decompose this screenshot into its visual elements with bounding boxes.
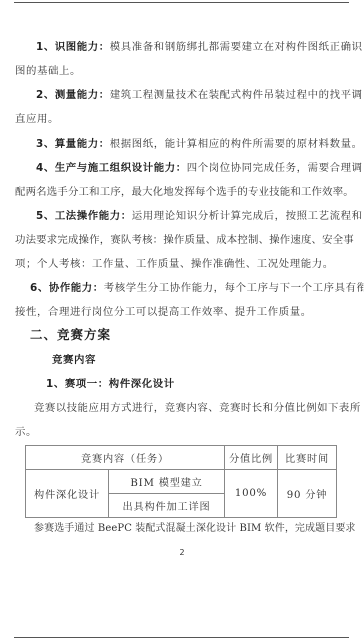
paragraph-text: 运用理论知识分析计算完成后，按照工艺流程和	[132, 210, 363, 222]
intro-text-continuation: 示。	[0, 425, 364, 439]
cell-category: 构件深化设计	[26, 470, 109, 518]
after-table-text: 参赛选手通过 BeePC 装配式混凝土深化设计 BIM 软件，完成题目要求	[0, 522, 364, 536]
page-number: 2	[0, 548, 364, 557]
intro-text: 竞赛以技能应用方式进行，竞赛内容、竞赛时长和分值比例如下表所	[0, 401, 364, 415]
section-heading: 二、竞赛方案	[0, 328, 364, 342]
paragraph-text: 项；个人考核：工作量、工作质量、操作准确性、工况处理能力。	[15, 258, 334, 270]
paragraph-measurement-ability: 2、测量能力：建筑工程测量技术在装配式构件吊装过程中的找平调	[0, 88, 364, 102]
paragraph-label: 5、工法操作能力：	[36, 210, 132, 222]
paragraph-label: 6、协作能力：	[30, 282, 104, 294]
paragraph-text: 建筑工程测量技术在装配式构件吊装过程中的找平调	[110, 89, 363, 101]
paragraph-continuation: 项；个人考核：工作量、工作质量、操作准确性、工况处理能力。	[0, 257, 364, 271]
paragraph-text: 图的基础上。	[15, 65, 81, 77]
table-header-row: 竞赛内容（任务） 分值比例 比赛时间	[26, 446, 337, 470]
paragraph-label: 2、测量能力：	[36, 89, 110, 101]
paragraph-text: 四个岗位协同完成任务，需要合理调	[187, 162, 363, 174]
paragraph-collaboration-ability: 6、协作能力：考核学生分工协作能力，每个工序与下一个工序具有衔	[0, 281, 364, 295]
paragraph-continuation: 配两名选手分工和工序，最大化地发挥每个选手的专业技能和工作效率。	[0, 185, 364, 199]
subsection-heading: 竞赛内容	[0, 353, 364, 367]
paragraph-text: 配两名选手分工和工序，最大化地发挥每个选手的专业技能和工作效率。	[15, 186, 354, 198]
paragraph-method-ability: 5、工法操作能力：运用理论知识分析计算完成后，按照工艺流程和	[0, 209, 364, 223]
cell-time: 90 分钟	[278, 470, 337, 518]
paragraph-recognition-ability: 1、识图能力：模具准备和钢筋绑扎都需要建立在对构件图纸正确识	[0, 40, 364, 54]
paragraph-continuation: 功法要求完成操作，赛队考核：操作质量、成本控制、操作速度、安全事	[0, 233, 364, 247]
paragraph-continuation: 图的基础上。	[0, 64, 364, 78]
paragraph-label: 4、生产与施工组织设计能力：	[36, 162, 187, 174]
paragraph-production-ability: 4、生产与施工组织设计能力：四个岗位协同完成任务，需要合理调	[0, 161, 364, 175]
paragraph-text: 考核学生分工协作能力，每个工序与下一个工序具有衔	[104, 282, 364, 294]
paragraph-text: 功法要求完成操作，赛队考核：操作质量、成本控制、操作速度、安全事	[15, 234, 354, 246]
paragraph-continuation: 直应用。	[0, 112, 364, 126]
cell-task: 出具构件加工详图	[109, 494, 225, 518]
paragraph-label: 1、识图能力：	[36, 41, 110, 53]
paragraph-text: 接性，合理进行岗位分工可以提高工作效率、提升工作质量。	[15, 306, 312, 318]
cell-task: BIM 模型建立	[109, 470, 225, 494]
paragraph-quantity-ability: 3、算量能力：根据图纸，能计算相应的构件所需要的原材料数量。	[0, 137, 364, 151]
paragraph-label: 3、算量能力：	[36, 138, 110, 150]
item-heading: 1、赛项一：构件深化设计	[0, 377, 364, 391]
paragraph-text: 直应用。	[15, 113, 59, 125]
header-time: 比赛时间	[278, 446, 337, 470]
footer-rule	[14, 637, 349, 638]
header-rule	[14, 2, 349, 3]
paragraph-text: 模具准备和钢筋绑扎都需要建立在对构件图纸正确识	[110, 41, 363, 53]
paragraph-text: 根据图纸，能计算相应的构件所需要的原材料数量。	[110, 138, 363, 150]
table-row: 构件深化设计 BIM 模型建立 100% 90 分钟	[26, 470, 337, 494]
competition-table: 竞赛内容（任务） 分值比例 比赛时间 构件深化设计 BIM 模型建立 100% …	[25, 445, 337, 518]
paragraph-continuation: 接性，合理进行岗位分工可以提高工作效率、提升工作质量。	[0, 305, 364, 319]
cell-ratio: 100%	[225, 470, 278, 518]
header-ratio: 分值比例	[225, 446, 278, 470]
header-content: 竞赛内容（任务）	[26, 446, 225, 470]
